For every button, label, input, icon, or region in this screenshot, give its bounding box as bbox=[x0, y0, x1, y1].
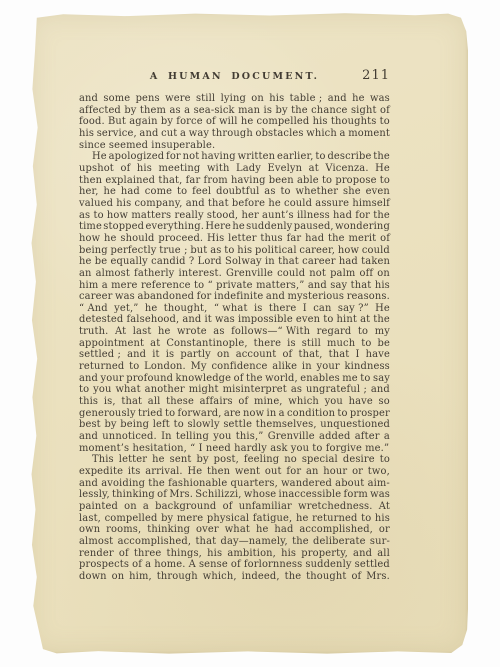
text-line: “ Andyet,”hethought,“ whatisthereIcansay… bbox=[79, 303, 390, 315]
text-line: appointmentatConstantinople,thereisstill… bbox=[79, 338, 390, 350]
text-line: renderofthreethings,hisambition,hisprope… bbox=[79, 548, 390, 560]
text-line: bestbybeinglefttoslowlysettlethemselves,… bbox=[79, 419, 390, 431]
text-line: beingperfectlytrue ;butastohispoliticalc… bbox=[79, 245, 390, 257]
text-line: toyouwhatanothermightmisinterpretasungra… bbox=[79, 384, 390, 396]
text-line: ownrooms,thinkingoverwhathehadaccomplish… bbox=[79, 524, 390, 536]
text-line: timestoppedeverything.Herehesuddenlypaus… bbox=[79, 221, 390, 233]
text-line: paintedonabackgroundofunfamiliarwretched… bbox=[79, 501, 390, 513]
text-line: Heapologizedfornothavingwrittenearlier,t… bbox=[79, 151, 390, 163]
text-line: andyourprofoundknowledgeoftheworld,enabl… bbox=[79, 373, 390, 385]
text-line: food.Butagainbyforceofwillhecompelledhis… bbox=[79, 116, 390, 128]
text-line: last,compelledbymerephysicalfatigue,here… bbox=[79, 513, 390, 525]
text-line: generouslytriedtoforward,arenowinacondit… bbox=[79, 408, 390, 420]
page-number: 211 bbox=[362, 68, 390, 83]
text-line: hisservice,andcutawaythroughobstacleswhi… bbox=[79, 128, 390, 140]
text-line: careerwasabandonedforindefiniteandmyster… bbox=[79, 291, 390, 303]
book-page: A HUMAN DOCUMENT. 211 andsomepensweresti… bbox=[28, 12, 468, 654]
text-line: lessly,thinkingofMrs.Schilizzi,whoseinac… bbox=[79, 489, 390, 501]
text-line: moment’shesitation,“ Ineedhardlyaskyouto… bbox=[79, 443, 390, 455]
text-line: andsomepenswerestilllyingonhistable ;and… bbox=[79, 93, 390, 105]
text-line: sinceseemedinsuperable. bbox=[79, 140, 390, 152]
running-title: A HUMAN DOCUMENT. bbox=[79, 71, 390, 82]
text-line: detestedfalsehood,anditwasimpossibleeven… bbox=[79, 314, 390, 326]
text-line: upshotofhismeetingwithLadyEvelynatVicenz… bbox=[79, 163, 390, 175]
text-line: astohowmattersreallystood,heraunt’sillne… bbox=[79, 210, 390, 222]
text-line: almostaccomplished,thatday—namely,thedel… bbox=[79, 536, 390, 548]
page-text: andsomepenswerestilllyingonhistable ;and… bbox=[79, 93, 390, 583]
text-line: thenexplainedthat,farfromhavingbeenablet… bbox=[79, 175, 390, 187]
text-line: affectedbythemasasea-sickmanisbythechanc… bbox=[79, 105, 390, 117]
text-line: prospectsofahome.Asenseofforlornnesssudd… bbox=[79, 559, 390, 571]
text-line: downonhim,throughwhich,indeed,thethought… bbox=[79, 571, 390, 583]
running-head: A HUMAN DOCUMENT. 211 bbox=[79, 71, 390, 84]
text-line: truth.Atlasthewroteasfollows—“ Withregar… bbox=[79, 326, 390, 338]
text-line: himamerereferenceto“ privatematters,”and… bbox=[79, 280, 390, 292]
text-line: thisis,thatalltheseaffairsofmine,whichyo… bbox=[79, 396, 390, 408]
text-line: her,hehadcometofeeldoubtfulastowhethersh… bbox=[79, 186, 390, 198]
text-line: Thisletterhesentbypost,feelingnospeciald… bbox=[79, 454, 390, 466]
text-line: returnedtoLondon.Myconfidencealikeinyour… bbox=[79, 361, 390, 373]
text-line: valuedhiscompany,andthatbeforehecouldass… bbox=[79, 198, 390, 210]
text-line: expediteitsarrival.Hethenwentoutforanhou… bbox=[79, 466, 390, 478]
text-line: settled ;anditispartlyonaccountofthat,th… bbox=[79, 349, 390, 361]
text-line: howheshouldproceed.Hisletterthusfarhadth… bbox=[79, 233, 390, 245]
text-line: hebeequallycandid ?LordSolwayinthatcaree… bbox=[79, 256, 390, 268]
scan-background: A HUMAN DOCUMENT. 211 andsomepensweresti… bbox=[0, 0, 500, 667]
text-line: andavoidingthefashionablequarters,wander… bbox=[79, 478, 390, 490]
text-line: andunnoticed.Intellingyouthis,”Grenville… bbox=[79, 431, 390, 443]
text-line: analmostfatherlyinterest.Grenvillecouldn… bbox=[79, 268, 390, 280]
